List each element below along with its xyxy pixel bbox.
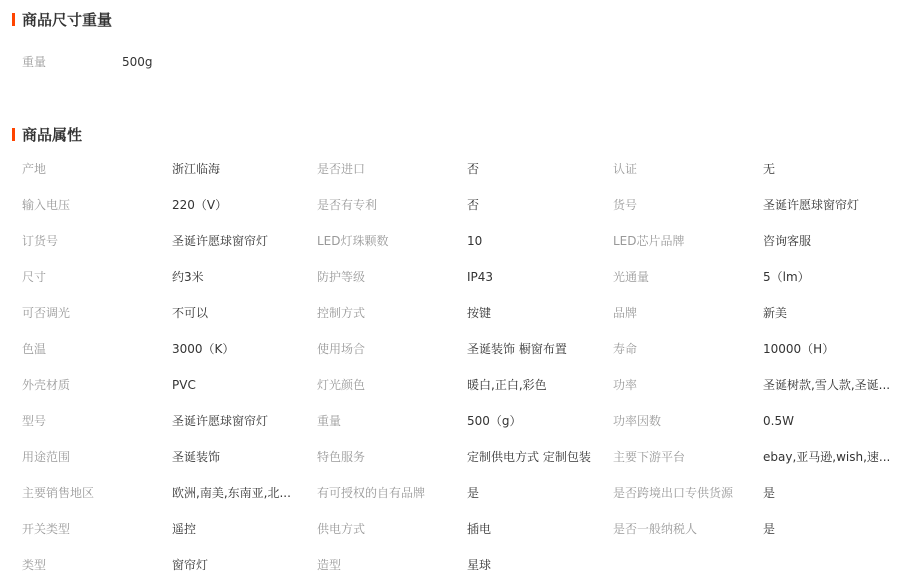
attribute-label: 货号 (613, 197, 753, 213)
attribute-label: 类型 (22, 557, 162, 573)
attribute-value: 无 (763, 161, 891, 177)
attribute-value: 10000（H） (763, 341, 891, 357)
attribute-label: 有可授权的自有品牌 (317, 485, 457, 501)
attribute-label: 功率因数 (613, 413, 753, 429)
attribute-value: 圣诞许愿球窗帘灯 (172, 233, 300, 249)
weight-value: 500g (122, 54, 153, 70)
attribute-value: 否 (467, 161, 602, 177)
attribute-label: 可否调光 (22, 305, 162, 321)
attribute-value: IP43 (467, 269, 602, 285)
attribute-value: 欧洲,南美,东南亚,北... (172, 485, 300, 501)
attribute-label: 输入电压 (22, 197, 162, 213)
attribute-value: 220（V） (172, 197, 300, 213)
attribute-value: 是 (467, 485, 602, 501)
attribute-value: 圣诞许愿球窗帘灯 (763, 197, 891, 213)
attribute-label: 使用场合 (317, 341, 457, 357)
attribute-label: LED灯珠颗数 (317, 233, 457, 249)
attribute-value: 否 (467, 197, 602, 213)
section-title-text: 商品属性 (22, 124, 82, 145)
attribute-row: 可否调光不可以控制方式按键品牌新美 (0, 295, 899, 331)
attribute-value: 500（g） (467, 413, 602, 429)
attribute-label: 外壳材质 (22, 377, 162, 393)
attribute-value: 0.5W (763, 413, 891, 429)
attribute-label: 光通量 (613, 269, 753, 285)
attribute-value: 定制供电方式 定制包装 (467, 449, 602, 465)
attribute-label: 产地 (22, 161, 162, 177)
attribute-label: 是否跨境出口专供货源 (613, 485, 753, 501)
attribute-label: 尺寸 (22, 269, 162, 285)
attribute-value: 约3米 (172, 269, 300, 285)
attribute-label: 开关类型 (22, 521, 162, 537)
attribute-row: 型号圣诞许愿球窗帘灯重量500（g）功率因数0.5W (0, 403, 899, 439)
attribute-row: 产地浙江临海是否进口否认证无 (0, 151, 899, 187)
attribute-label: 色温 (22, 341, 162, 357)
attribute-value: 插电 (467, 521, 602, 537)
attribute-label: 供电方式 (317, 521, 457, 537)
attribute-label: 特色服务 (317, 449, 457, 465)
section-title-size-weight: 商品尺寸重量 (12, 10, 112, 28)
attribute-row: 订货号圣诞许愿球窗帘灯LED灯珠颗数10LED芯片品牌咨询客服 (0, 223, 899, 259)
attribute-label: 控制方式 (317, 305, 457, 321)
attribute-label: 重量 (317, 413, 457, 429)
attribute-label: 用途范围 (22, 449, 162, 465)
attribute-label: 主要下游平台 (613, 449, 753, 465)
attribute-value: 不可以 (172, 305, 300, 321)
attribute-value: 是 (763, 485, 891, 501)
attribute-label: 主要销售地区 (22, 485, 162, 501)
attribute-label: 是否一般纳税人 (613, 521, 753, 537)
section-title-attributes: 商品属性 (12, 125, 82, 143)
attribute-row: 开关类型遥控供电方式插电是否一般纳税人是 (0, 511, 899, 547)
attribute-row: 输入电压220（V）是否有专利否货号圣诞许愿球窗帘灯 (0, 187, 899, 223)
attribute-label: 品牌 (613, 305, 753, 321)
attribute-value: PVC (172, 377, 300, 393)
attribute-row: 类型窗帘灯造型星球 (0, 547, 899, 583)
accent-bar (12, 128, 15, 141)
attribute-row: 外壳材质PVC灯光颜色暖白,正白,彩色功率圣诞树款,雪人款,圣诞... (0, 367, 899, 403)
attribute-label: 型号 (22, 413, 162, 429)
attribute-value: 10 (467, 233, 602, 249)
attribute-label: 订货号 (22, 233, 162, 249)
attribute-label: LED芯片品牌 (613, 233, 753, 249)
attribute-value: 圣诞许愿球窗帘灯 (172, 413, 300, 429)
attribute-value: 遥控 (172, 521, 300, 537)
attribute-label: 寿命 (613, 341, 753, 357)
attribute-value: 星球 (467, 557, 602, 573)
attribute-label: 认证 (613, 161, 753, 177)
attribute-value: 咨询客服 (763, 233, 891, 249)
attribute-label: 造型 (317, 557, 457, 573)
attribute-label: 防护等级 (317, 269, 457, 285)
section-title-text: 商品尺寸重量 (22, 9, 112, 30)
attribute-row: 用途范围圣诞装饰特色服务定制供电方式 定制包装主要下游平台ebay,亚马逊,wi… (0, 439, 899, 475)
attribute-value: 圣诞装饰 橱窗布置 (467, 341, 602, 357)
attribute-value: 圣诞树款,雪人款,圣诞... (763, 377, 891, 393)
attribute-value: 窗帘灯 (172, 557, 300, 573)
attribute-row: 尺寸约3米防护等级IP43光通量5（lm） (0, 259, 899, 295)
attribute-value: 新美 (763, 305, 891, 321)
attribute-value: 是 (763, 521, 891, 537)
weight-label: 重量 (22, 54, 46, 70)
attribute-value: 浙江临海 (172, 161, 300, 177)
attribute-label: 是否有专利 (317, 197, 457, 213)
attribute-grid: 产地浙江临海是否进口否认证无输入电压220（V）是否有专利否货号圣诞许愿球窗帘灯… (0, 151, 899, 583)
attribute-value: ebay,亚马逊,wish,速... (763, 449, 891, 465)
attribute-label: 灯光颜色 (317, 377, 457, 393)
attribute-label: 功率 (613, 377, 753, 393)
attribute-value: 按键 (467, 305, 602, 321)
attribute-value: 圣诞装饰 (172, 449, 300, 465)
attribute-row: 主要销售地区欧洲,南美,东南亚,北...有可授权的自有品牌是是否跨境出口专供货源… (0, 475, 899, 511)
attribute-row: 色温3000（K）使用场合圣诞装饰 橱窗布置寿命10000（H） (0, 331, 899, 367)
attribute-value: 暖白,正白,彩色 (467, 377, 602, 393)
accent-bar (12, 13, 15, 26)
attribute-label: 是否进口 (317, 161, 457, 177)
attribute-value: 5（lm） (763, 269, 891, 285)
attribute-value: 3000（K） (172, 341, 300, 357)
